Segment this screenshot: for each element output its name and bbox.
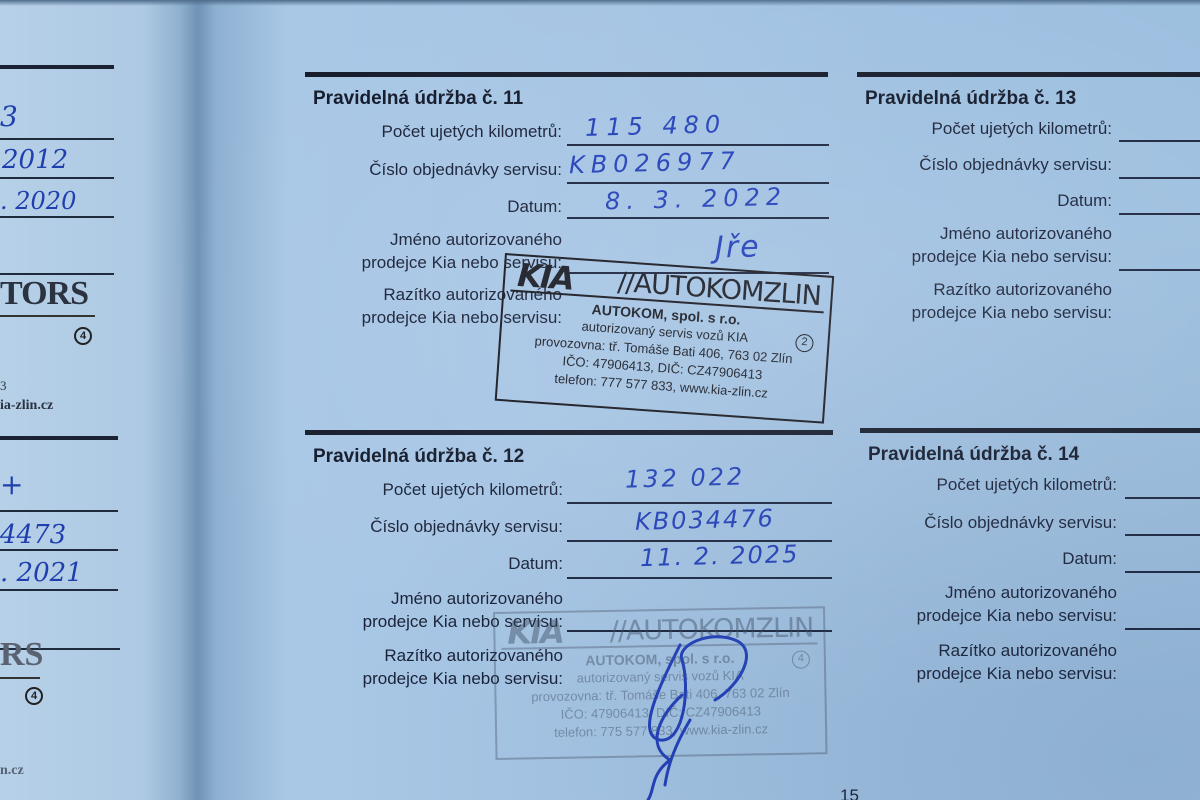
label-dealer-name-1: Jméno autorizovaného xyxy=(945,583,1117,603)
kia-logo: KIA xyxy=(516,256,574,298)
section-rule xyxy=(860,428,1200,433)
label-stamp-1: Razítko autorizovaného xyxy=(938,641,1117,661)
dealer-stamp: KIA //AUTOKOMZLIN AUTOKOM, spol. s r.o. … xyxy=(495,253,835,424)
label-dealer-name-1: Jméno autorizovaného xyxy=(390,230,562,250)
handwritten-order-fragment: 4473 xyxy=(0,520,66,550)
block-title: Pravidelná údržba č. 11 xyxy=(313,88,523,110)
handwritten-date-fragment: . 2020 xyxy=(0,187,76,215)
label-stamp-2: prodejce Kia nebo servisu: xyxy=(917,664,1117,684)
field-line xyxy=(1125,628,1200,630)
handwritten-km-fragment: + xyxy=(0,468,23,501)
stamp-number: 4 xyxy=(25,687,43,705)
section-rule xyxy=(0,65,114,69)
label-dealer-name-2: prodejce Kia nebo servisu: xyxy=(912,247,1112,267)
label-stamp-1: Razítko autorizovaného xyxy=(933,280,1112,300)
stamp-number: 2 xyxy=(795,334,814,353)
kia-logo: KIA xyxy=(507,613,563,652)
handwritten-order-fragment: 2012 xyxy=(2,145,68,175)
label-order: Číslo objednávky servisu: xyxy=(919,155,1112,175)
label-km: Počet ujetých kilometrů: xyxy=(937,475,1117,495)
label-dealer-name-1: Jméno autorizovaného xyxy=(940,224,1112,244)
section-rule xyxy=(0,436,118,440)
label-date: Datum: xyxy=(507,197,562,217)
left-page-fragment: 3 2012 . 2020 TORS 4 3 ia-zlin.cz + 4473… xyxy=(0,0,150,800)
block-title: Pravidelná údržba č. 14 xyxy=(868,444,1079,466)
stamp-underline xyxy=(0,677,40,679)
order-number-value[interactable]: KB026977 xyxy=(569,147,742,179)
label-date: Datum: xyxy=(1057,191,1112,211)
field-line xyxy=(1119,269,1200,271)
label-km: Počet ujetých kilometrů: xyxy=(932,119,1112,139)
handwritten-date-fragment: . 2021 xyxy=(0,558,83,588)
field-line xyxy=(0,589,118,591)
date-value[interactable]: 11. 2. 2025 xyxy=(640,540,800,572)
field-line xyxy=(0,138,114,140)
section-rule xyxy=(857,72,1200,77)
date-value[interactable]: 8. 3. 2022 xyxy=(605,183,788,216)
field-line xyxy=(1125,497,1200,499)
service-block-13: Pravidelná údržba č. 13 Počet ujetých ki… xyxy=(857,72,1200,412)
top-shadow xyxy=(0,0,1200,6)
stamp-fragment: TORS xyxy=(0,275,88,313)
field-line xyxy=(1125,534,1200,536)
service-block-14: Pravidelná údržba č. 14 Počet ujetých ki… xyxy=(860,428,1200,768)
section-rule xyxy=(305,430,833,435)
field-line xyxy=(0,177,114,179)
label-km: Počet ujetých kilometrů: xyxy=(383,480,563,500)
page-number: 15 xyxy=(840,786,859,800)
label-order: Číslo objednávky servisu: xyxy=(924,513,1117,533)
field-line xyxy=(0,510,118,512)
field-line xyxy=(1119,177,1200,179)
block-title: Pravidelná údržba č. 12 xyxy=(313,446,524,468)
label-dealer-name-1: Jméno autorizovaného xyxy=(391,589,563,609)
label-dealer-name-2: prodejce Kia nebo servisu: xyxy=(917,606,1117,626)
field-line xyxy=(567,182,829,184)
km-value[interactable]: 132 022 xyxy=(625,462,746,493)
field-line xyxy=(1119,213,1200,215)
field-line xyxy=(567,577,832,579)
field-line xyxy=(567,217,829,219)
label-order: Číslo objednávky servisu: xyxy=(370,517,563,537)
field-line xyxy=(567,144,829,146)
order-number-value[interactable]: KB034476 xyxy=(635,504,776,536)
stamp-number: 4 xyxy=(74,327,92,345)
block-title: Pravidelná údržba č. 13 xyxy=(865,88,1076,110)
stamp-fragment: RS xyxy=(0,636,43,674)
stamp-text-fragment: ia-zlin.cz xyxy=(0,398,53,414)
stamp-text-fragment: n.cz xyxy=(0,763,24,779)
field-line xyxy=(1119,140,1200,142)
stamp-text-fragment: 3 xyxy=(0,378,7,394)
signature-scribble xyxy=(620,625,780,800)
label-stamp-2: prodejce Kia nebo servisu: xyxy=(912,303,1112,323)
section-rule xyxy=(305,72,828,77)
label-date: Datum: xyxy=(508,554,563,574)
label-date: Datum: xyxy=(1062,549,1117,569)
km-value[interactable]: 115 480 xyxy=(585,110,727,142)
field-line xyxy=(567,502,832,504)
field-line xyxy=(1125,571,1200,573)
label-km: Počet ujetých kilometrů: xyxy=(382,122,562,142)
label-order: Číslo objednávky servisu: xyxy=(369,160,562,180)
stamp-underline xyxy=(0,315,95,317)
dealer-signature: Jře xyxy=(715,229,762,265)
field-line xyxy=(0,216,114,218)
field-line xyxy=(0,549,118,551)
handwritten-km-fragment: 3 xyxy=(0,100,18,133)
